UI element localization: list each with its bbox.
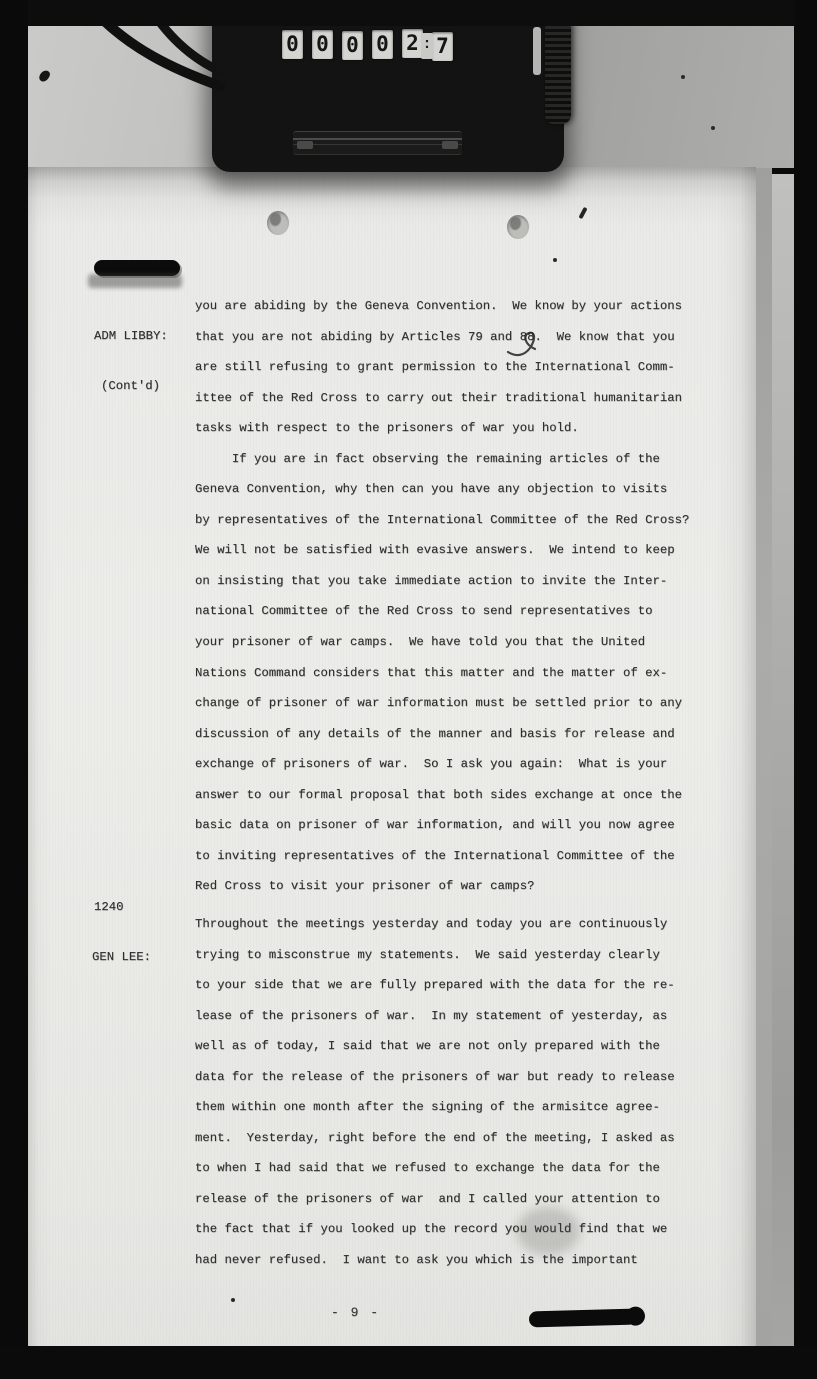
- counter-digit: 0: [372, 30, 393, 59]
- plate-screw-left: [297, 141, 313, 149]
- text-line: them within one month after the signing …: [195, 1092, 700, 1123]
- text-line: Geneva Convention, why then can you have…: [195, 474, 700, 505]
- dust-speck: [711, 126, 715, 130]
- dust-speck: [681, 75, 685, 79]
- text-line: ment. Yesterday, right before the end of…: [195, 1123, 700, 1154]
- text-line: you are abiding by the Geneva Convention…: [195, 291, 700, 322]
- sheet-edge-shadow: [756, 168, 772, 1346]
- dust-speck: [553, 258, 557, 262]
- punch-hole-left: [267, 211, 289, 235]
- counter-digit: 0: [312, 30, 333, 59]
- text-line: If you are in fact observing the remaini…: [195, 444, 700, 475]
- text-line: to your side that we are fully prepared …: [195, 970, 700, 1001]
- punch-hole-right: [507, 215, 529, 239]
- text-line: are still refusing to grant permission t…: [195, 352, 700, 383]
- text-line: to when I had said that we refused to ex…: [195, 1153, 700, 1184]
- counter-digit: 7: [432, 32, 453, 61]
- pencil-tick-mark: [578, 207, 587, 219]
- page-number: - 9 -: [331, 1305, 380, 1320]
- text-line: on insisting that you take immediate act…: [195, 566, 700, 597]
- microfilm-frame: ADM LIBBY: (Cont'd) you are abiding by t…: [0, 0, 817, 1379]
- text-line: the fact that if you looked up the recor…: [195, 1214, 700, 1245]
- text-line: that you are not abiding by Articles 79 …: [195, 322, 700, 353]
- text-line: trying to misconstrue my statements. We …: [195, 940, 700, 971]
- text-line: data for the release of the prisoners of…: [195, 1062, 700, 1093]
- ink-smudge: [88, 274, 182, 288]
- paper-stain: [516, 1207, 580, 1255]
- text-line: discussion of any details of the manner …: [195, 719, 700, 750]
- speaker-name: GEN LEE:: [92, 949, 151, 966]
- text-line: ittee of the Red Cross to carry out thei…: [195, 383, 700, 414]
- speaker-contd: (Cont'd): [94, 378, 168, 395]
- text-line: Nations Command considers that this matt…: [195, 658, 700, 689]
- text-line: Red Cross to visit your prisoner of war …: [195, 871, 700, 902]
- text-line: tasks with respect to the prisoners of w…: [195, 413, 700, 444]
- sheet-edge-highlight: [772, 174, 794, 1346]
- document-page: ADM LIBBY: (Cont'd) you are abiding by t…: [28, 167, 756, 1346]
- text-line: answer to our formal proposal that both …: [195, 780, 700, 811]
- text-line: had never refused. I want to ask you whi…: [195, 1245, 700, 1276]
- time-annotation: 1240: [94, 900, 124, 915]
- counter-digit: 0: [282, 30, 303, 59]
- text-line: We will not be satisfied with evasive an…: [195, 535, 700, 566]
- text-line: change of prisoner of war information mu…: [195, 688, 700, 719]
- text-line: exchange of prisoners of war. So I ask y…: [195, 749, 700, 780]
- device-label-plate: [293, 131, 462, 155]
- plate-screw-right: [442, 141, 458, 149]
- text-line: basic data on prisoner of war informatio…: [195, 810, 700, 841]
- text-line: by representatives of the International …: [195, 505, 700, 536]
- speaker-name: ADM LIBBY:: [94, 328, 168, 345]
- knurled-knob: [545, 20, 571, 124]
- text-line: lease of the prisoners of war. In my sta…: [195, 1001, 700, 1032]
- text-line: Throughout the meetings yesterday and to…: [195, 909, 700, 940]
- film-border-top: [0, 0, 817, 26]
- gen-lee-statement: Throughout the meetings yesterday and to…: [195, 909, 700, 1276]
- text-line: national Committee of the Red Cross to s…: [195, 596, 700, 627]
- text-line: well as of today, I said that we are not…: [195, 1031, 700, 1062]
- adm-libby-statement: you are abiding by the Geneva Convention…: [195, 291, 700, 902]
- speaker-label-adm-libby: ADM LIBBY: (Cont'd): [94, 295, 168, 427]
- speaker-label-gen-lee: GEN LEE:: [92, 916, 151, 999]
- film-border-right: [794, 0, 817, 1379]
- dust-speck: [231, 1298, 235, 1302]
- film-border-left: [0, 0, 28, 1379]
- text-line: release of the prisoners of war and I ca…: [195, 1184, 700, 1215]
- ink-marker-bar: [529, 1309, 637, 1328]
- film-border-bottom: [0, 1346, 817, 1379]
- device-reflection: [533, 27, 541, 75]
- text-line: your prisoner of war camps. We have told…: [195, 627, 700, 658]
- text-line: to inviting representatives of the Inter…: [195, 841, 700, 872]
- handwritten-checkmark: [503, 325, 555, 361]
- counter-separator: :: [421, 33, 433, 59]
- counter-digit: 0: [342, 31, 363, 60]
- counter-digit: 2: [402, 29, 423, 58]
